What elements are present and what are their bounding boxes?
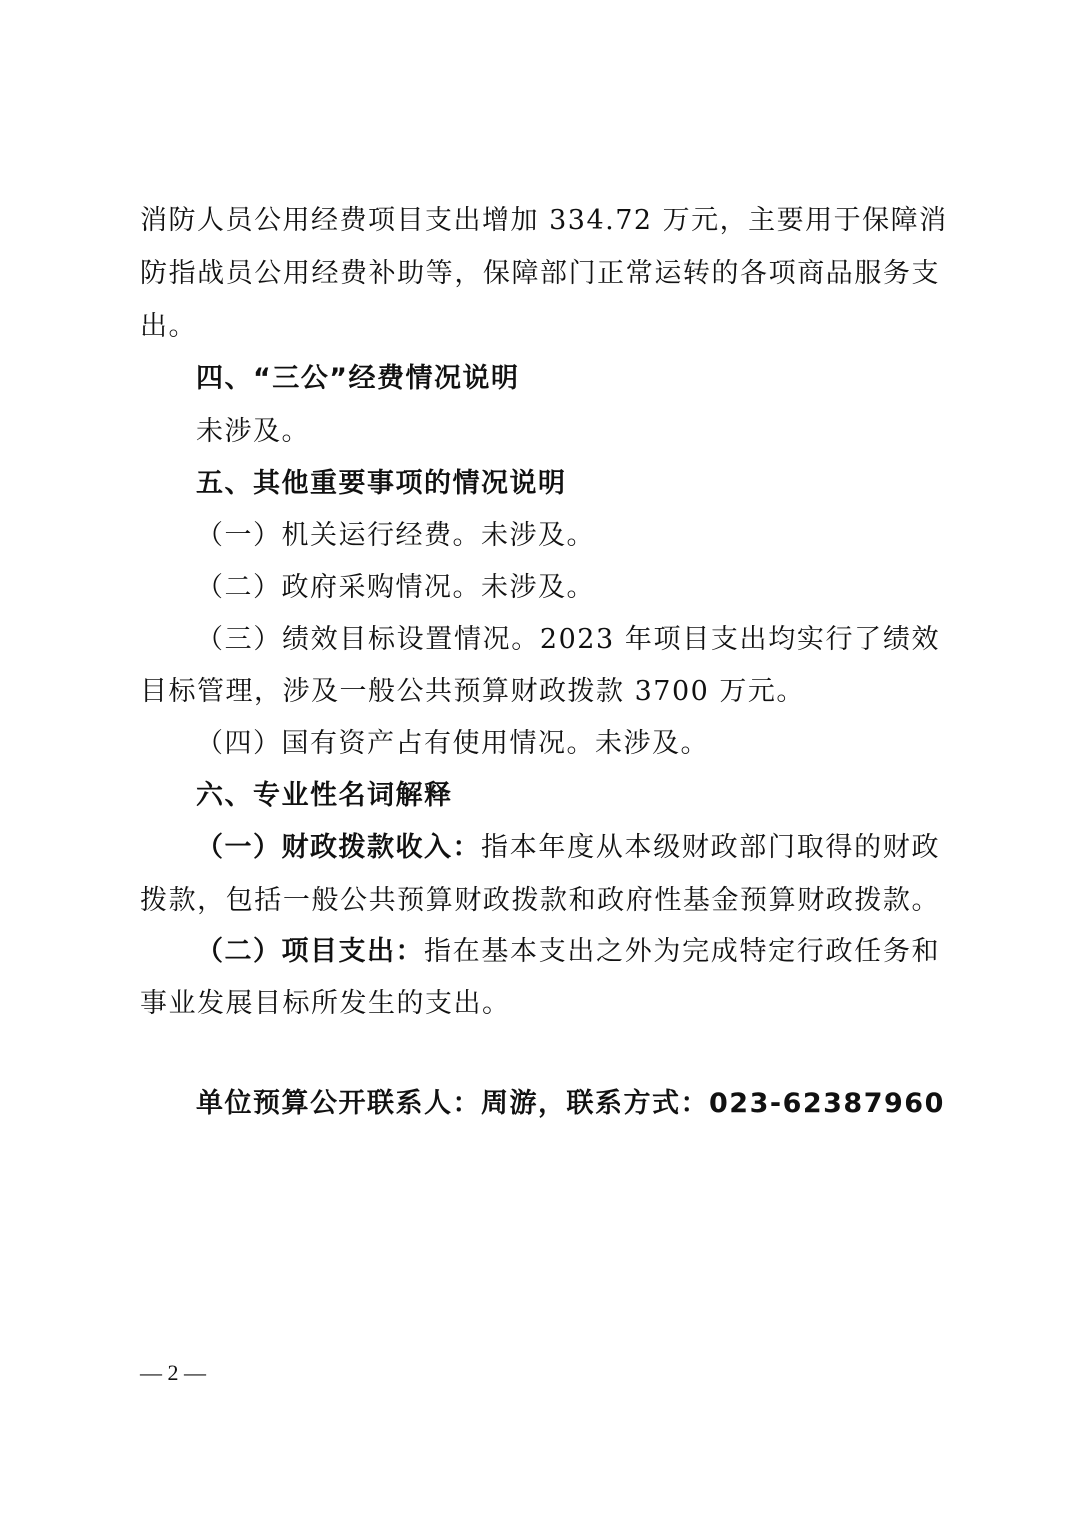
section-5-item-3-cont: 目标管理，涉及一般公共预算财政拨款 3700 万元。 [140, 675, 940, 709]
term-2-definition-cont: 事业发展目标所发生的支出。 [140, 987, 940, 1021]
paragraph-line: 防指战员公用经费补助等，保障部门正常运转的各项商品服务支 [140, 257, 940, 291]
section-heading-4: 四、“三公”经费情况说明 [196, 362, 940, 396]
section-5-item-3: （三）绩效目标设置情况。2023 年项目支出均实行了绩效 [196, 623, 940, 657]
term-1-label: （一）财政拨款收入： [196, 831, 481, 865]
section-5-item-1: （一）机关运行经费。未涉及。 [196, 519, 940, 553]
document-page: 消防人员公用经费项目支出增加 334.72 万元，主要用于保障消 防指战员公用经… [0, 0, 1074, 1520]
section-4-body: 未涉及。 [196, 415, 940, 449]
section-5-item-2: （二）政府采购情况。未涉及。 [196, 571, 940, 605]
term-1: （一）财政拨款收入：指本年度从本级财政部门取得的财政 [196, 831, 940, 865]
term-1-definition-cont: 拨款，包括一般公共预算财政拨款和政府性基金预算财政拨款。 [140, 884, 940, 918]
section-heading-6: 六、专业性名词解释 [196, 779, 940, 813]
term-2: （二）项目支出：指在基本支出之外为完成特定行政任务和 [196, 935, 940, 969]
section-5-item-4: （四）国有资产占有使用情况。未涉及。 [196, 727, 940, 761]
term-1-definition: 指本年度从本级财政部门取得的财政 [481, 831, 940, 865]
section-heading-5: 五、其他重要事项的情况说明 [196, 467, 940, 501]
term-2-label: （二）项目支出： [196, 935, 424, 969]
term-2-definition: 指在基本支出之外为完成特定行政任务和 [424, 935, 940, 969]
contact-line: 单位预算公开联系人：周游，联系方式：023-62387960 [196, 1087, 940, 1121]
page-number: — 2 — [140, 1360, 206, 1386]
paragraph-line: 出。 [140, 310, 940, 344]
paragraph-line: 消防人员公用经费项目支出增加 334.72 万元，主要用于保障消 [140, 204, 940, 238]
